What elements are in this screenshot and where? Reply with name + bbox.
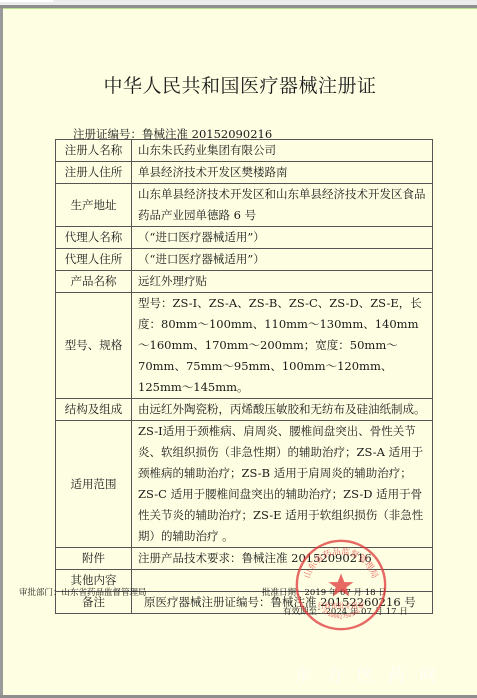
row-value: 型号：ZS-I、ZS-A、ZS-B、ZS-C、ZS-D、ZS-E，长度：80mm…	[132, 293, 433, 399]
certificate-title: 中华人民共和国医疗器械注册证	[3, 71, 477, 98]
table-row: 代理人住所 （“进口医疗器械适用”）	[56, 249, 433, 271]
row-value: 单县经济技术开发区樊楼路南	[132, 162, 433, 184]
row-label: 附件	[56, 548, 132, 570]
row-label: 适用范围	[56, 421, 132, 548]
row-value: ZS-Ⅰ适用于颈椎病、肩周炎、腰椎间盘突出、骨性关节炎、软组织损伤（非急性期）的…	[132, 421, 433, 548]
table-row: 型号、规格 型号：ZS-I、ZS-A、ZS-B、ZS-C、ZS-D、ZS-E，长…	[56, 293, 433, 399]
table-row: 产品名称 远红外理疗贴	[56, 271, 433, 293]
row-label: 生产地址	[56, 184, 132, 227]
row-value: （“进口医疗器械适用”）	[132, 227, 433, 249]
table-row: 附件 注册产品技术要求：鲁械注准 20152090216	[56, 548, 433, 570]
table-row: 适用范围 ZS-Ⅰ适用于颈椎病、肩周炎、腰椎间盘突出、骨性关节炎、软组织损伤（非…	[56, 421, 433, 548]
table-row: 代理人名称 （“进口医疗器械适用”）	[56, 227, 433, 249]
table-row: 生产地址 山东单县经济技术开发区和山东单县经济技术开发区食品药品产业园单德路 6…	[56, 184, 433, 227]
row-label: 产品名称	[56, 271, 132, 293]
row-value: 注册产品技术要求：鲁械注准 20152090216	[132, 548, 433, 570]
certificate-page: 中华人民共和国医疗器械注册证 注册证编号：鲁械注准 20152090216 注册…	[3, 8, 477, 695]
row-label: 结构及组成	[56, 399, 132, 421]
valid-until-date: 有效期至：2024 年 07 月 17 日	[283, 605, 408, 617]
row-label: 型号、规格	[56, 293, 132, 399]
row-label: 注册人住所	[56, 162, 132, 184]
row-label: 代理人名称	[56, 227, 132, 249]
row-value: 山东单县经济技术开发区和山东单县经济技术开发区食品药品产业园单德路 6 号	[132, 184, 433, 227]
table-row: 结构及组成 由远红外陶瓷粉，丙烯酸压敏胶和无纺布及硅油纸制成。	[56, 399, 433, 421]
approval-date: 批准日期：2019 年 07 月 18 日	[262, 586, 387, 598]
table-row: 注册人名称 山东朱氏药业集团有限公司	[56, 140, 433, 162]
row-value: （“进口医疗器械适用”）	[132, 249, 433, 271]
certificate-table: 注册人名称 山东朱氏药业集团有限公司 注册人住所 单县经济技术开发区樊楼路南 生…	[55, 139, 433, 614]
table-row: 注册人住所 单县经济技术开发区樊楼路南	[56, 162, 433, 184]
approval-department: 审批部门：山东省药品监督管理局	[19, 586, 147, 598]
row-value: 远红外理疗贴	[132, 271, 433, 293]
watermark: 东方医药网	[295, 661, 450, 686]
row-value: 由远红外陶瓷粉，丙烯酸压敏胶和无纺布及硅油纸制成。	[132, 399, 433, 421]
row-label: 代理人住所	[56, 249, 132, 271]
tab-stub	[0, 0, 53, 2]
row-label: 注册人名称	[56, 140, 132, 162]
row-value: 山东朱氏药业集团有限公司	[132, 140, 433, 162]
